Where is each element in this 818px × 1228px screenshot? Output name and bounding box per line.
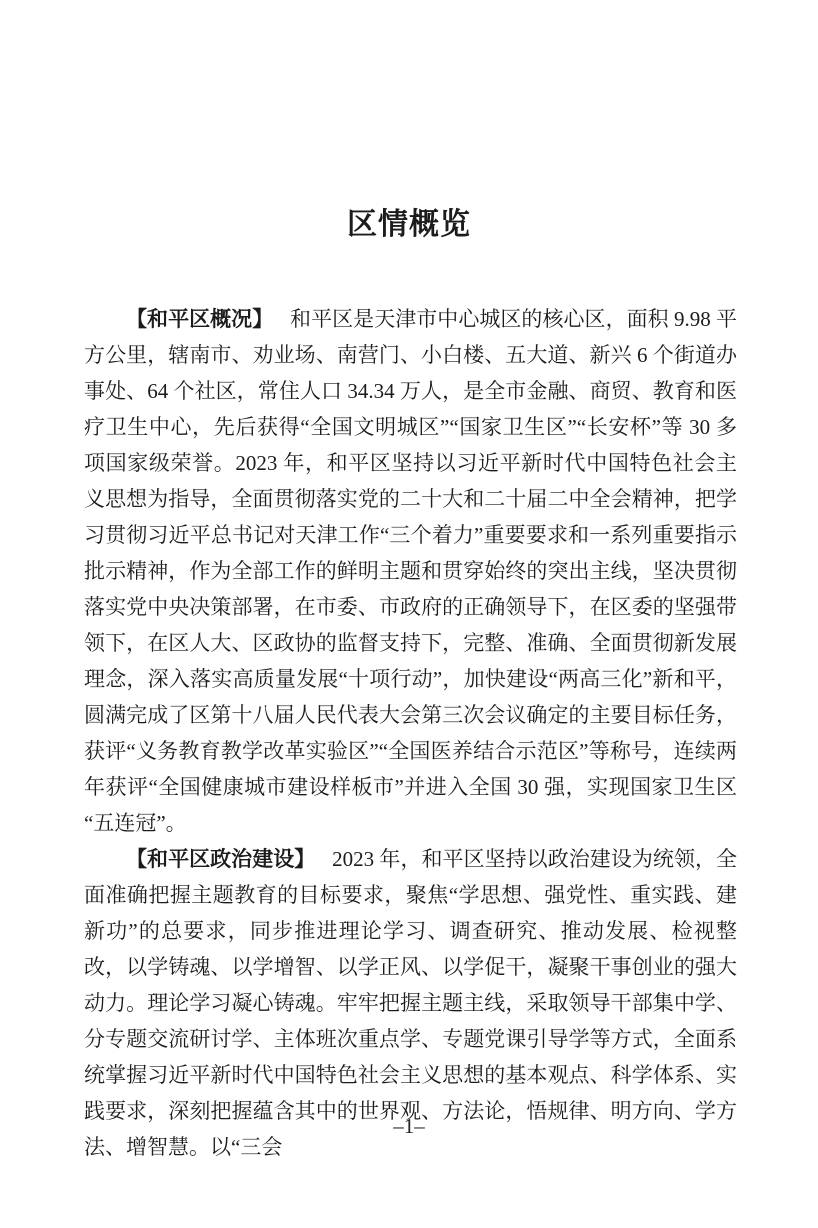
- paragraph-overview: 【和平区概况】和平区是天津市中心城区的核心区，面积 9.98 平方公里，辖南市、…: [84, 301, 737, 841]
- paragraph-heading: 【和平区政治建设】: [126, 847, 315, 871]
- page-title: 区情概览: [0, 208, 818, 242]
- document-body: 【和平区概况】和平区是天津市中心城区的核心区，面积 9.98 平方公里，辖南市、…: [84, 301, 737, 1165]
- document-page: 区情概览 【和平区概况】和平区是天津市中心城区的核心区，面积 9.98 平方公里…: [0, 0, 818, 1228]
- paragraph-heading: 【和平区概况】: [126, 307, 273, 331]
- page-number: –1–: [0, 1112, 818, 1140]
- paragraph-text: 和平区是天津市中心城区的核心区，面积 9.98 平方公里，辖南市、劝业场、南营门…: [84, 307, 737, 835]
